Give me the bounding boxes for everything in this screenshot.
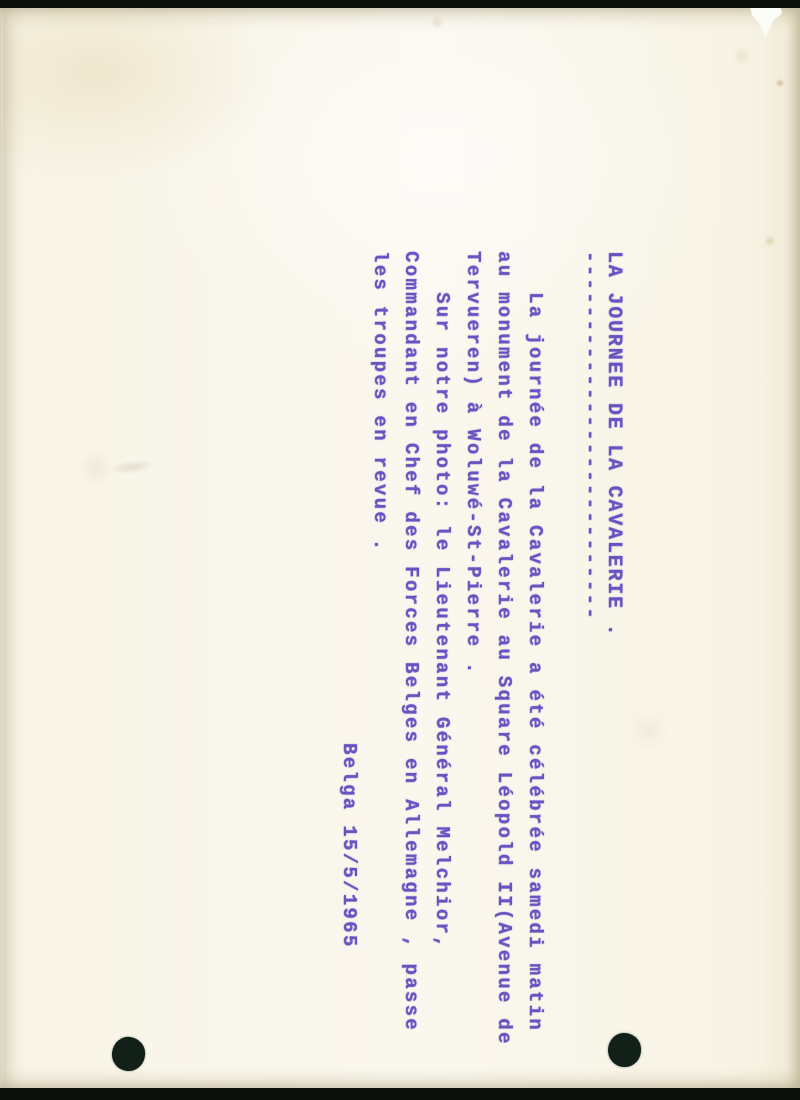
agency-credit-date: Belga 15/5/1965 [333, 743, 364, 1071]
hole-punch-left [110, 1035, 147, 1073]
scan-background: LA JOURNEE DE LA CAVALERIE . -----------… [0, 0, 800, 1100]
caption-line: La journée de la Cavalerie a été célébré… [519, 251, 550, 1071]
caption-line: Tervueren) à Woluwé-St-Pierre . [457, 251, 488, 1071]
caption-line: Commandant en Chef des Forces Belges en … [395, 251, 426, 1071]
caption-paragraph: La journée de la Cavalerie a été célébré… [333, 251, 550, 1071]
caption-line: les troupes en revue . [364, 251, 395, 1071]
hole-punch-right [608, 1033, 641, 1067]
title-underline-dashes: --------------------------- [578, 251, 602, 1071]
typed-caption-stamp: LA JOURNEE DE LA CAVALERIE . -----------… [333, 251, 628, 1071]
photo-back-card: LA JOURNEE DE LA CAVALERIE . -----------… [0, 8, 800, 1088]
caption-line: Sur notre photo: le Lieutenant Général M… [426, 251, 457, 1071]
pencil-smudge [107, 458, 156, 477]
caption-title: LA JOURNEE DE LA CAVALERIE . [598, 251, 628, 1071]
caption-line: au monument de la Cavalerie au Square Lé… [488, 251, 519, 1071]
corner-tear [748, 8, 782, 38]
